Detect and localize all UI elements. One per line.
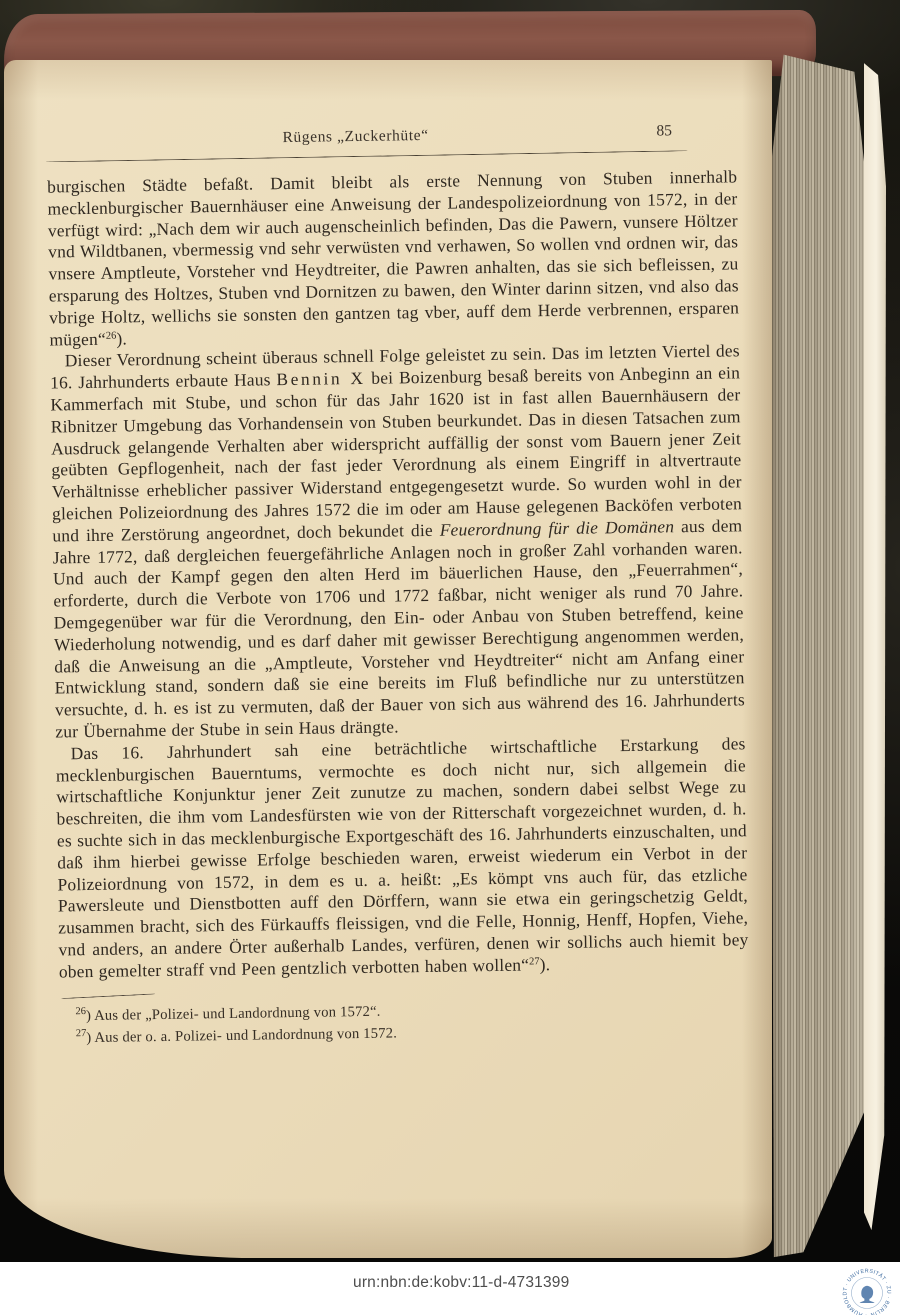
page-content: Rügens „Zuckerhüte“ 85 burgischen Städte… — [3, 58, 789, 1267]
running-header: Rügens „Zuckerhüte“ 85 — [44, 122, 732, 158]
paragraph: Das 16. Jahrhundert sah eine beträchtlic… — [55, 733, 748, 983]
text-block: burgischen Städte befaßt. Damit bleibt a… — [47, 166, 749, 983]
viewer-footer: urn:nbn:de:kobv:11-d-4731399 · HUMBOLDT … — [0, 1262, 900, 1315]
page-header-title: Rügens „Zuckerhüte“ — [282, 127, 428, 147]
paragraph: Dieser Verordnung scheint überaus schnel… — [50, 341, 746, 744]
book-page: Rügens „Zuckerhüte“ 85 burgischen Städte… — [4, 60, 772, 1258]
humboldt-university-seal-icon: · HUMBOLDT · UNIVERSITÄT · ZU · BERLIN — [842, 1268, 892, 1315]
footnote-separator — [61, 994, 155, 1000]
book-scan-photo: Rügens „Zuckerhüte“ 85 burgischen Städte… — [0, 0, 900, 1262]
paragraph: burgischen Städte befaßt. Damit bleibt a… — [47, 166, 740, 351]
footnotes: 26) Aus der „Polizei- und Landordnung vo… — [75, 997, 736, 1050]
page-number: 85 — [656, 122, 672, 140]
urn-text: urn:nbn:de:kobv:11-d-4731399 — [353, 1274, 569, 1292]
book-fore-edge-highlight — [864, 56, 886, 1242]
seal-bust — [860, 1286, 875, 1303]
